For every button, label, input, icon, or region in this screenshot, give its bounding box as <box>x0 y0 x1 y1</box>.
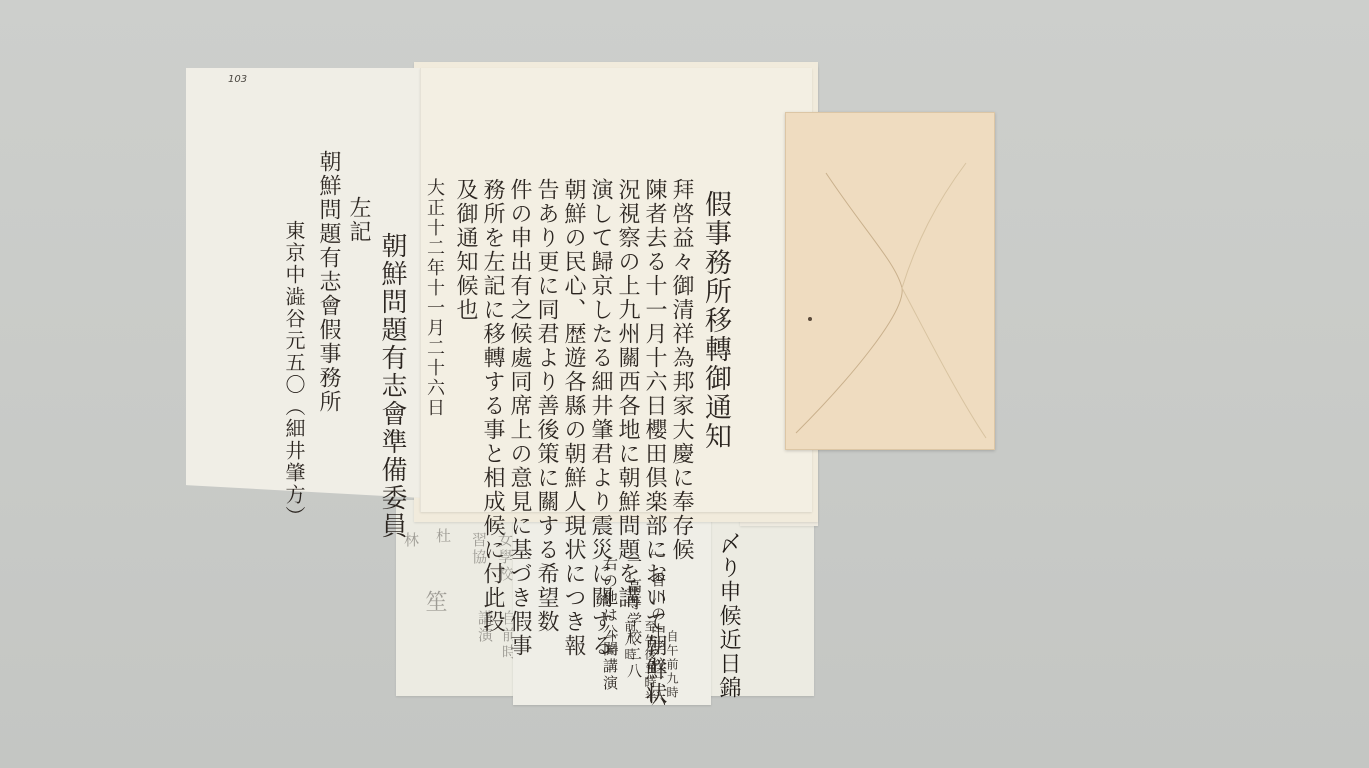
body-line: 務所を左記に移轉する事と相成候に付此段 <box>480 178 505 634</box>
envelope-flap-lines-icon <box>786 113 994 449</box>
time-3: 前八時 <box>621 620 638 662</box>
body-line: 件の申出有之候處同席上の意見に基づき假事 <box>507 178 532 658</box>
left-label: 左記 <box>346 196 370 244</box>
faint-note-3: 笙 <box>426 590 443 614</box>
letter-date: 大正十二年十一月二十六日 <box>424 178 444 418</box>
body-line: 朝鮮の民心、歴遊各縣の朝鮮人現状につき報 <box>561 178 586 658</box>
body-line: 況視察の上九州關西各地に朝鮮問題を講 <box>615 178 640 610</box>
body-line: 告あり更に同君より善後策に關する希望数 <box>534 178 559 634</box>
faint-note-2: 杜 <box>434 528 451 545</box>
envelope <box>785 112 995 450</box>
letter-signature: 朝鮮問題有志會準備委員 <box>378 232 406 540</box>
body-line: 拜啓益々御清祥為邦家大慶に奉存候 <box>669 178 694 562</box>
body-line: 及御通知候也 <box>453 178 478 322</box>
letter-title: 假事務所移轉御通知 <box>700 190 730 451</box>
lower-right-column: 〆り申候近日錦 <box>716 532 740 700</box>
body-line: 演して歸京したる細井肇君より震災に關する <box>588 178 613 658</box>
body-line: 陳者去る十一月十六日櫻田倶楽部において朝鮮状 <box>642 178 667 706</box>
address: 東京中澁谷元五〇（細井肇方） <box>283 220 305 528</box>
letter-body: 拜啓益々御清祥為邦家大慶に奉存候 陳者去る十一月十六日櫻田倶楽部において朝鮮状 … <box>452 178 695 478</box>
page-number: 103 <box>228 74 247 85</box>
organization-name: 朝鮮問題有志會假事務所 <box>316 150 340 414</box>
